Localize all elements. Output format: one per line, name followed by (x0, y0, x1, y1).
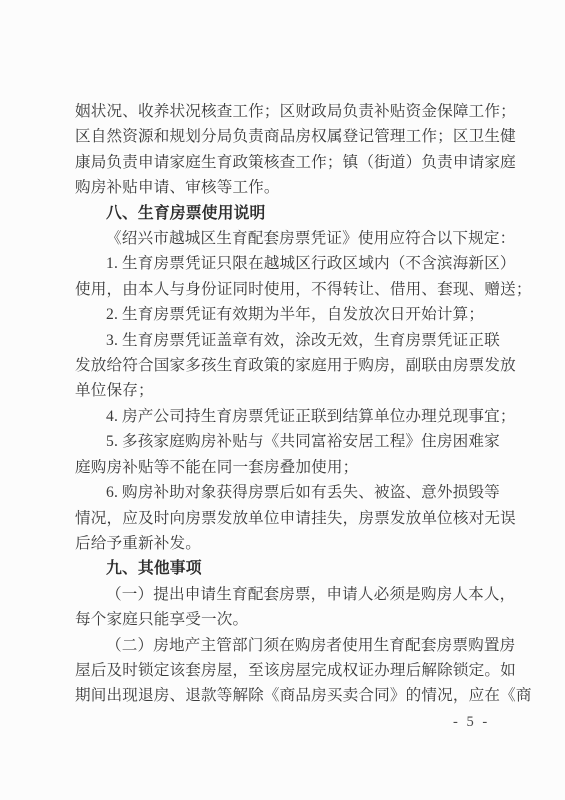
text-line: 区自然资源和规划分局负责商品房权属登记管理工作；区卫生健 (75, 124, 501, 149)
section-8-heading: 八、生育房票使用说明 (75, 201, 501, 226)
page-number: - 5 - (453, 714, 490, 731)
list-item-1-line: 1. 生育房票凭证只限在越城区行政区域内（不含滨海新区） (75, 251, 501, 276)
list-item-2-line: 2. 生育房票凭证有效期为半年，自发放次日开始计算； (75, 302, 501, 327)
text-line: 单位保存； (75, 378, 501, 403)
text-line: 情况，应及时向房票发放单位申请挂失，房票发放单位核对无误 (75, 506, 501, 531)
text-line: 每个家庭只能享受一次。 (75, 607, 501, 632)
item-yi-line: （一）提出申请生育配套房票，申请人必须是购房人本人， (75, 582, 501, 607)
text-line: 康局负责申请家庭生育政策核查工作；镇（街道）负责申请家庭 (75, 150, 501, 175)
list-item-6-line: 6. 购房补助对象获得房票后如有丢失、被盗、意外损毁等 (75, 480, 501, 505)
text-line: 期间出现退房、退款等解除《商品房买卖合同》的情况，应在《商 (75, 683, 501, 708)
text-line: 后给予重新补发。 (75, 531, 501, 556)
list-item-5-line: 5. 多孩家庭购房补贴与《共同富裕安居工程》住房困难家 (75, 429, 501, 454)
list-item-4-line: 4. 房产公司持生育房票凭证正联到结算单位办理兑现事宜； (75, 404, 501, 429)
text-line: 姻状况、收养状况核查工作；区财政局负责补贴资金保障工作； (75, 99, 501, 124)
text-line: 购房补贴申请、审核等工作。 (75, 175, 501, 200)
item-er-line: （二）房地产主管部门须在购房者使用生育配套房票购置房 (75, 633, 501, 658)
text-line: 发放给符合国家多孩生育政策的家庭用于购房，副联由房票发放 (75, 353, 501, 378)
list-item-3-line: 3. 生育房票凭证盖章有效，涂改无效，生育房票凭证正联 (75, 328, 501, 353)
document-page: 姻状况、收养状况核查工作；区财政局负责补贴资金保障工作； 区自然资源和规划分局负… (0, 0, 565, 800)
section-9-heading: 九、其他事项 (75, 556, 501, 581)
text-line: 屋后及时锁定该套房屋，至该房屋完成权证办理后解除锁定。如 (75, 658, 501, 683)
text-line: 《绍兴市越城区生育配套房票凭证》使用应符合以下规定： (75, 226, 501, 251)
document-body: 姻状况、收养状况核查工作；区财政局负责补贴资金保障工作； 区自然资源和规划分局负… (75, 99, 501, 709)
text-line: 使用，由本人与身份证同时使用，不得转让、借用、套现、赠送； (75, 277, 501, 302)
text-line: 庭购房补贴等不能在同一套房叠加使用； (75, 455, 501, 480)
